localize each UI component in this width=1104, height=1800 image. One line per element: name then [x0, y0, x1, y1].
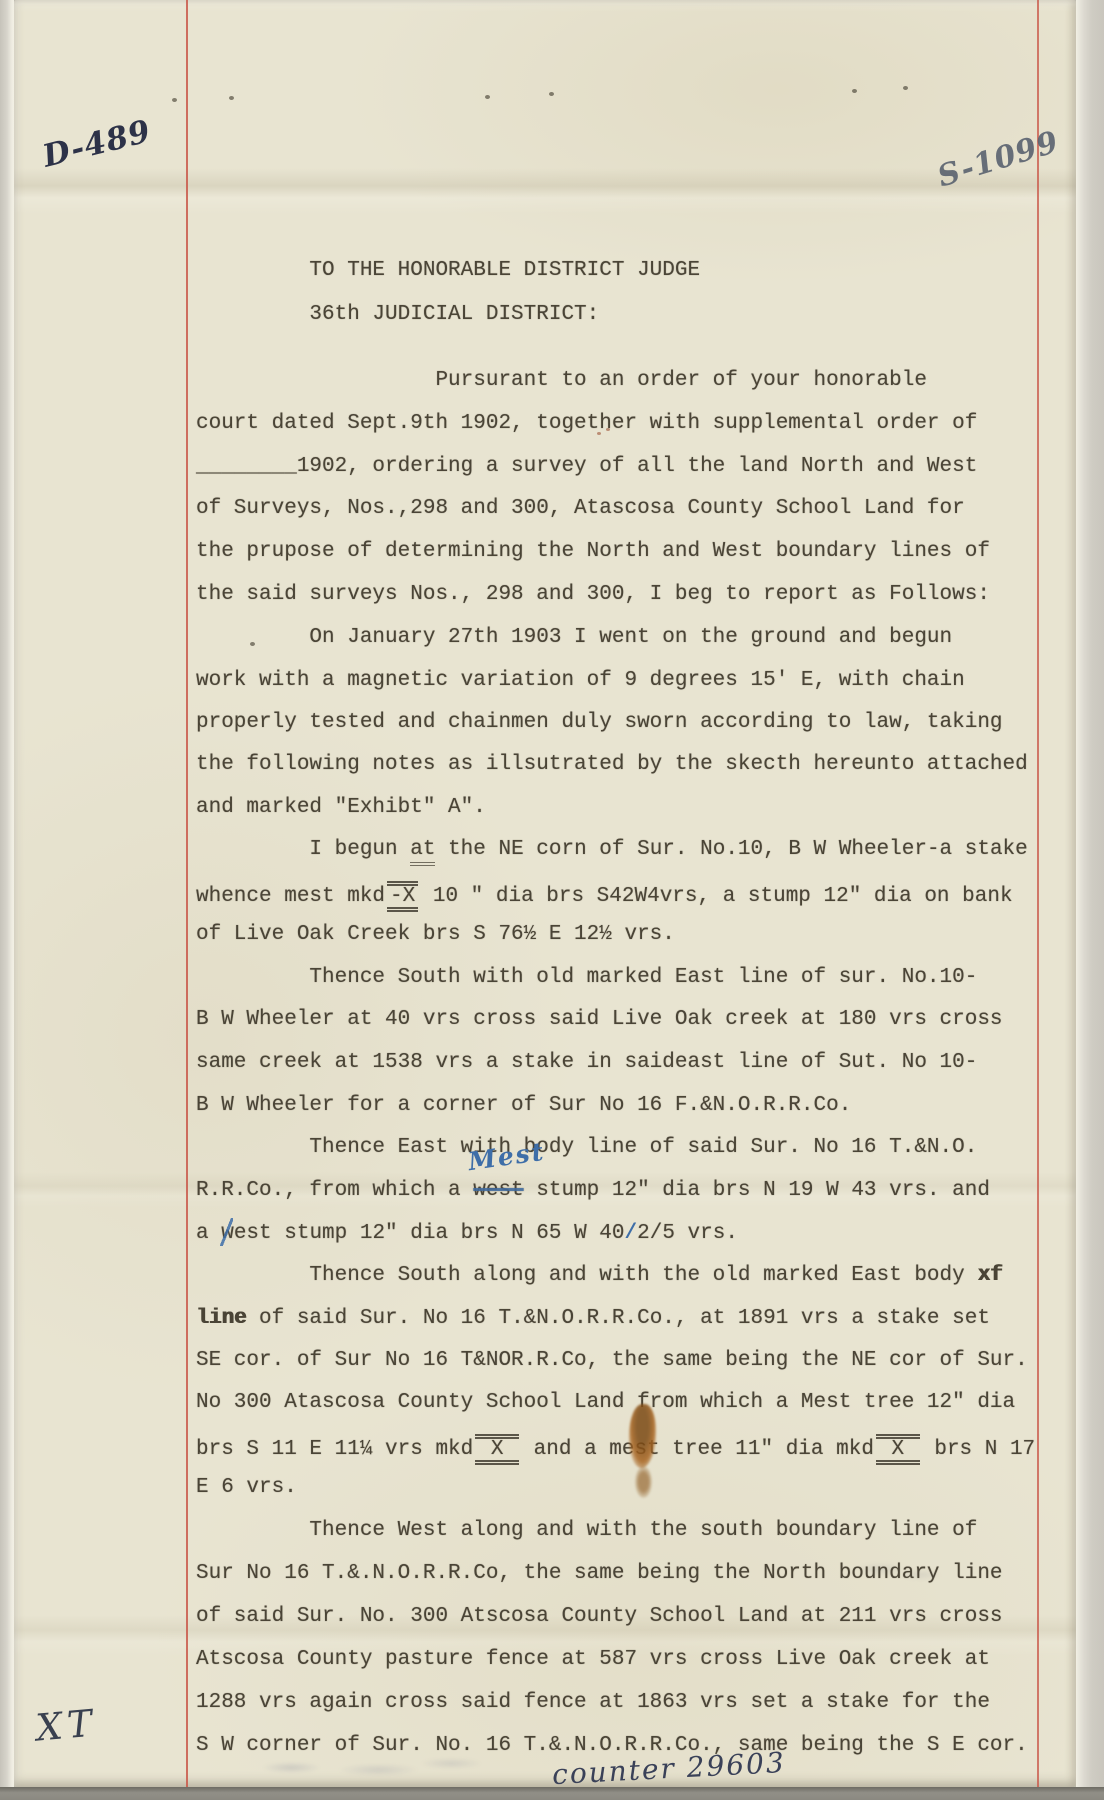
typed-line: the prupose of determining the North and…	[196, 540, 990, 563]
typed-line: court dated Sept.9th 1902, together with…	[196, 412, 977, 435]
paper-speck	[172, 98, 177, 102]
typed-line: of Live Oak Creek brs S 76½ E 12½ vrs.	[196, 923, 675, 946]
margin-line-right	[1037, 0, 1039, 1787]
typed-line: Thence South along and with the old mark…	[196, 1264, 1003, 1287]
typed-line: Thence West along and with the south bou…	[196, 1519, 977, 1542]
typed-line: and marked "Exhibt" A".	[196, 796, 486, 819]
typed-line: work with a magnetic variation of 9 degr…	[196, 669, 965, 692]
typed-line: On January 27th 1903 I went on the groun…	[196, 626, 952, 649]
typed-line: B W Wheeler for a corner of Sur No 16 F.…	[196, 1094, 851, 1117]
typed-line: B W Wheeler at 40 vrs cross said Live Oa…	[196, 1008, 1003, 1031]
paper-speck	[549, 92, 554, 96]
paper-speck	[903, 86, 908, 90]
typed-line: same creek at 1538 vrs a stake in saidea…	[196, 1051, 977, 1074]
typed-line: SE cor. of Sur No 16 T&NOR.R.Co, the sam…	[196, 1349, 1028, 1372]
typed-line: Atscosa County pasture fence at 587 vrs …	[196, 1648, 990, 1671]
typed-line: TO THE HONORABLE DISTRICT JUDGE	[196, 259, 700, 282]
typed-line: I begun at the NE corn of Sur. No.10, B …	[196, 838, 1028, 861]
typed-line: Pursurant to an order of your honorable	[196, 369, 927, 392]
typed-line: a west stump 12" dia brs N 65 W 40/2/5 v…	[196, 1222, 738, 1245]
typed-line: S W corner of Sur. No. 16 T.&.N.O.R.R.Co…	[196, 1734, 1028, 1757]
typed-line: of said Sur. No. 300 Atscosa County Scho…	[196, 1605, 1003, 1628]
paper-speck	[485, 95, 490, 99]
typed-line: 1288 vrs again cross said fence at 1863 …	[196, 1691, 990, 1714]
paper-speck	[852, 89, 857, 93]
typed-line: Thence East with body line of said Sur. …	[196, 1136, 977, 1159]
handwritten-xt-mark: XT	[34, 1701, 99, 1749]
margin-line-left	[186, 0, 188, 1787]
scanner-background-right	[1076, 0, 1104, 1800]
typed-line: Thence South with old marked East line o…	[196, 966, 977, 989]
typed-line: R.R.Co., from which a west stump 12" dia…	[196, 1179, 990, 1202]
document-scan: TO THE HONORABLE DISTRICT JUDGE 36th JUD…	[0, 0, 1104, 1800]
typed-line: whence mest mkd-X 10 " dia brs S42W4vrs,…	[196, 881, 1013, 912]
paper-speck	[229, 96, 234, 100]
typed-line: Sur No 16 T.&.N.O.R.R.Co, the same being…	[196, 1562, 1003, 1585]
typed-line: of Surveys, Nos.,298 and 300, Atascosa C…	[196, 497, 965, 520]
typed-line: the following notes as illsutrated by th…	[196, 753, 1028, 776]
typed-line: E 6 vrs.	[196, 1476, 297, 1499]
typed-line: 36th JUDICIAL DISTRICT:	[196, 303, 599, 326]
typed-line: ________1902, ordering a survey of all t…	[196, 455, 977, 478]
scanner-background-bottom	[0, 1787, 1104, 1800]
typed-line: No 300 Atascosa County School Land from …	[196, 1391, 1015, 1414]
scanner-background-left	[0, 0, 14, 1800]
typed-line: the said surveys Nos., 298 and 300, I be…	[196, 583, 990, 606]
typed-line: properly tested and chainmen duly sworn …	[196, 711, 1003, 734]
typed-line: brs S 11 E 11¼ vrs mkd X and a mest tree…	[196, 1434, 1035, 1465]
ink-stain	[635, 1466, 652, 1498]
typed-line: line of said Sur. No 16 T.&N.O.R.R.Co., …	[196, 1307, 990, 1330]
